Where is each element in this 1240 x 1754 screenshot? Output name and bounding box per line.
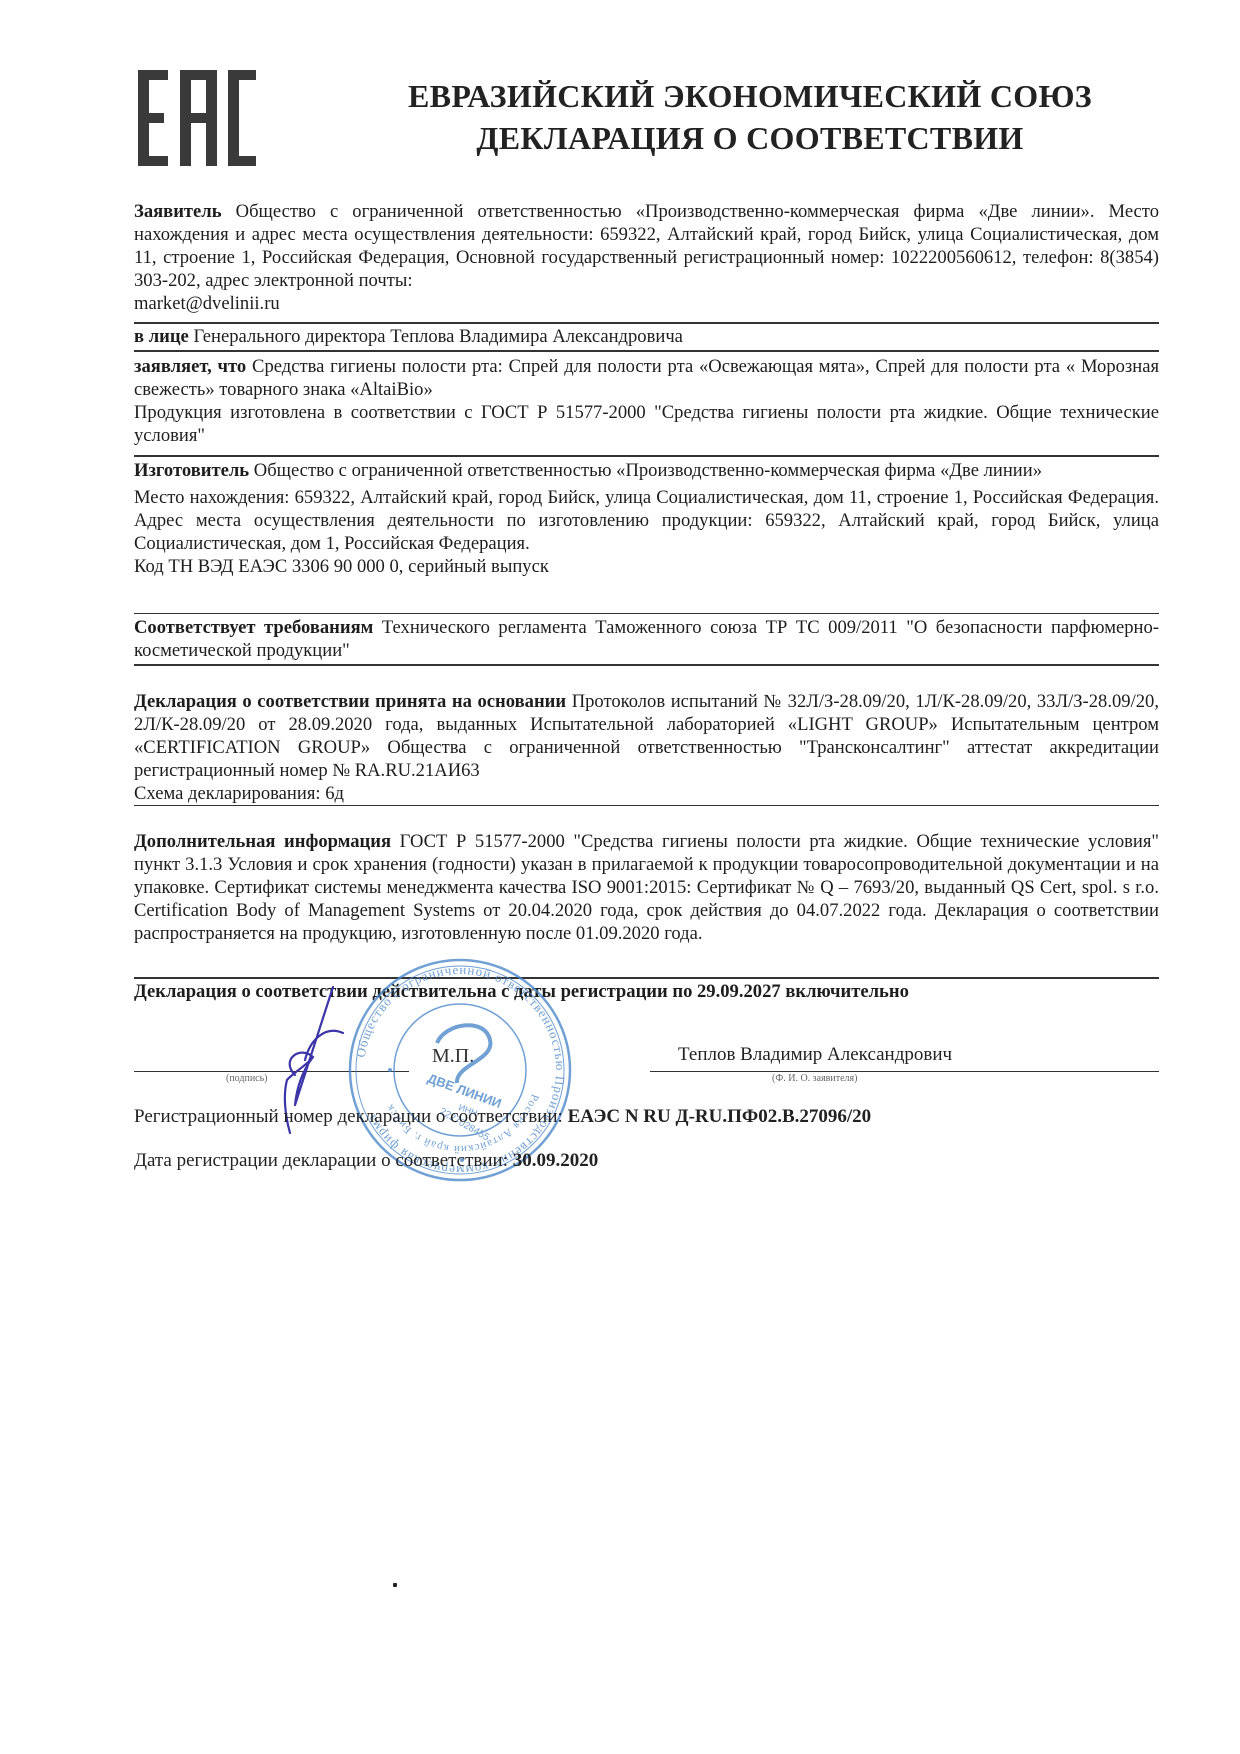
title-declaration: ДЕКЛАРАЦИЯ О СООТВЕТСТВИИ xyxy=(360,117,1140,159)
compliance-label: Соответствует требованиям xyxy=(134,617,373,638)
registration-date-label: Дата регистрации декларации о соответств… xyxy=(134,1150,508,1171)
registration-date-line: Дата регистрации декларации о соответств… xyxy=(134,1150,598,1172)
signer-caption: (Ф. И. О. заявителя) xyxy=(772,1073,857,1084)
applicant-label: Заявитель xyxy=(134,201,222,222)
document-title: ЕВРАЗИЙСКИЙ ЭКОНОМИЧЕСКИЙ СОЮЗ ДЕКЛАРАЦИ… xyxy=(360,75,1140,159)
manufacturer-section: Изготовитель Общество с ограниченной отв… xyxy=(134,458,1159,578)
title-union: ЕВРАЗИЙСКИЙ ЭКОНОМИЧЕСКИЙ СОЮЗ xyxy=(360,75,1140,117)
divider xyxy=(134,455,1159,457)
signer-name: Теплов Владимир Александрович xyxy=(678,1044,952,1066)
registration-number: ЕАЭС N RU Д-RU.ПФ02.В.27096/20 xyxy=(568,1106,872,1127)
divider xyxy=(134,977,1159,979)
divider xyxy=(134,805,1159,806)
registration-date: 30.09.2020 xyxy=(513,1150,599,1171)
divider xyxy=(134,664,1159,666)
applicant-email: market@dvelinii.ru xyxy=(134,293,280,314)
divider xyxy=(134,613,1159,614)
declaration-scheme: Схема декларирования: 6д xyxy=(134,782,1159,805)
signer-name-line xyxy=(650,1071,1159,1072)
representative-section: в лице Генерального директора Теплова Вл… xyxy=(134,325,1159,348)
divider xyxy=(134,322,1159,324)
registration-number-line: Регистрационный номер декларации о соотв… xyxy=(134,1106,871,1128)
scan-artifact xyxy=(393,1583,397,1587)
hs-code: Код ТН ВЭД ЕАЭС 3306 90 000 0, серийный … xyxy=(134,555,1159,578)
product-standard: Продукция изготовлена в соответствии с Г… xyxy=(134,401,1159,447)
additional-info-section: Дополнительная информация ГОСТ Р 51577-2… xyxy=(134,830,1159,945)
declaration-page: ЕВРАЗИЙСКИЙ ЭКОНОМИЧЕСКИЙ СОЮЗ ДЕКЛАРАЦИ… xyxy=(0,0,1240,1754)
basis-section: Декларация о соответствии принята на осн… xyxy=(134,690,1159,805)
additional-info-label: Дополнительная информация xyxy=(134,831,391,852)
representative-label: в лице xyxy=(134,326,189,347)
basis-label: Декларация о соответствии принята на осн… xyxy=(134,691,566,712)
compliance-section: Соответствует требованиям Технического р… xyxy=(134,616,1159,662)
registration-number-label: Регистрационный номер декларации о соотв… xyxy=(134,1106,563,1127)
applicant-section: Заявитель Общество с ограниченной ответс… xyxy=(134,200,1159,315)
manufacturer-address: Место нахождения: 659322, Алтайский край… xyxy=(134,486,1159,555)
manufacturer-label: Изготовитель xyxy=(134,460,249,481)
representative-text: Генерального директора Теплова Владимира… xyxy=(193,326,682,347)
declares-section: заявляет, что Средства гигиены полости р… xyxy=(134,355,1159,447)
product-description: Средства гигиены полости рта: Спрей для … xyxy=(134,356,1159,400)
applicant-text: Общество с ограниченной ответственностью… xyxy=(134,201,1159,291)
manufacturer-text: Общество с ограниченной ответственностью… xyxy=(254,460,1042,481)
declares-label: заявляет, что xyxy=(134,356,246,377)
eac-logo-icon xyxy=(138,70,256,166)
divider xyxy=(134,350,1159,352)
